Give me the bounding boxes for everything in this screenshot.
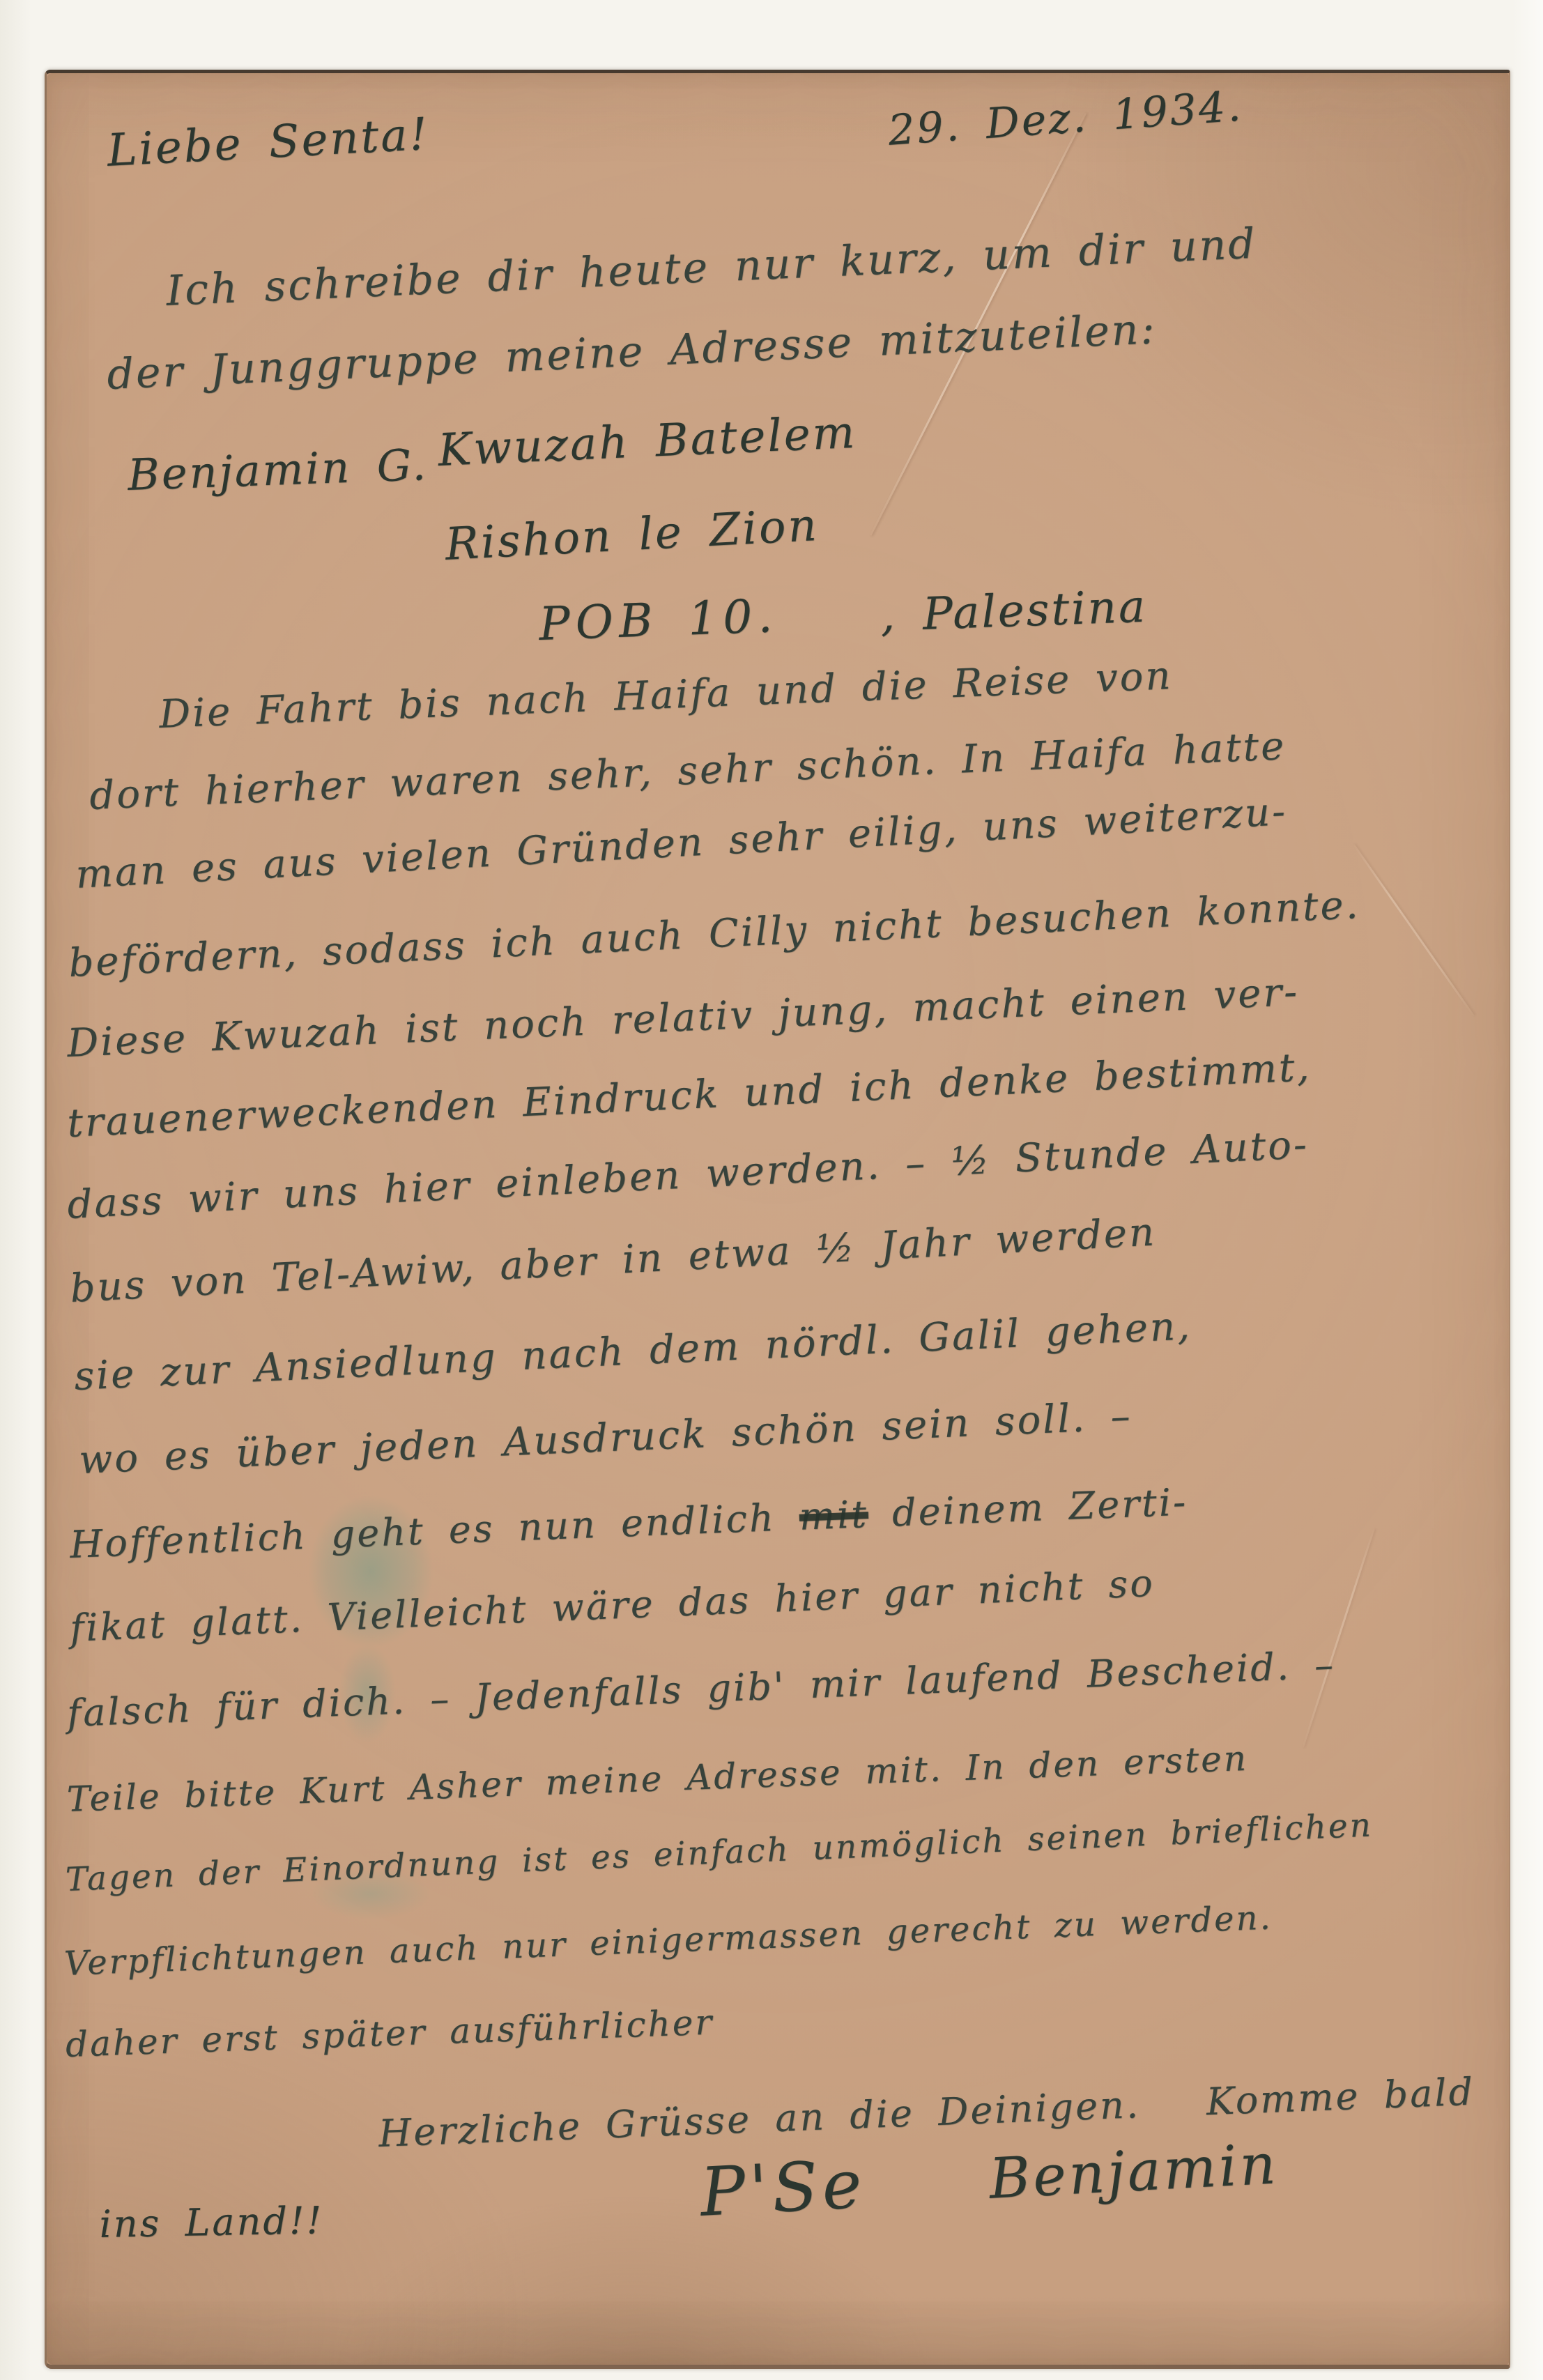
closing-line: Herzliche Grüsse an die Deinigen.Komme b… (378, 2070, 1475, 2156)
letter-line: Tagen der Einordnung ist es einfach unmö… (65, 1806, 1374, 1899)
date-line: 29. Dez. 1934. (886, 82, 1244, 155)
crease-line (1302, 1528, 1375, 1748)
closing-into-land: ins Land!! (99, 2198, 324, 2246)
letter-line: Teile bitte Kurt Asher meine Adresse mit… (66, 1738, 1249, 1820)
letter-line: daher erst später ausführlicher (65, 2002, 714, 2065)
letter-line: falsch für dich. – Jedenfalls gib' mir l… (66, 1643, 1336, 1735)
crossed-out-word: mit (799, 1492, 870, 1539)
postcard: Liebe Senta! 29. Dez. 1934. Ich schreibe… (45, 70, 1510, 2369)
address-line-2: Rishon le Zion (444, 500, 820, 571)
address-pob: POB 10. (538, 589, 778, 651)
crease-line (1353, 844, 1475, 1016)
letter-line: Diese Kwuzah ist noch relativ jung, mach… (66, 969, 1300, 1066)
letter-line: bus von Tel-Awiw, aber in etwa ½ Jahr we… (69, 1209, 1158, 1312)
greeting: Liebe Senta! (106, 109, 431, 177)
line-segment: Hoffentlich geht es nun endlich (69, 1495, 800, 1567)
letter-line: Ich schreibe dir heute nur kurz, um dir … (165, 220, 1258, 316)
letter-line: der Junggruppe meine Adresse mitzuteilen… (106, 305, 1158, 399)
address-line-1: Kwuzah Batelem (437, 407, 858, 477)
letter-line: Verpflichtungen auch nur einigermassen g… (63, 1898, 1273, 1983)
signature-initials: P'Se (698, 2145, 868, 2232)
scan-background: Liebe Senta! 29. Dez. 1934. Ich schreibe… (0, 0, 1543, 2380)
address-sender-name: Benjamin G. (127, 439, 429, 500)
letter-line: befördern, sodass ich auch Cilly nicht b… (68, 882, 1361, 986)
letter-line: sie zur Ansiedlung nach dem nördl. Galil… (73, 1303, 1192, 1399)
letter-line: wo es über jeden Ausdruck schön sein sol… (78, 1394, 1133, 1483)
letter-line: Die Fahrt bis nach Haifa und die Reise v… (158, 653, 1174, 737)
closing-come-soon: Komme bald (1206, 2070, 1476, 2124)
signature-name: Benjamin (988, 2131, 1280, 2211)
line-segment: deinem Zerti- (868, 1480, 1189, 1536)
address-country: , Palestina (880, 581, 1148, 642)
letter-line-with-strikethrough: Hoffentlich geht es nun endlich mit dein… (69, 1480, 1188, 1567)
letter-line: fikat glatt. Vielleicht wäre das hier ga… (69, 1561, 1156, 1650)
